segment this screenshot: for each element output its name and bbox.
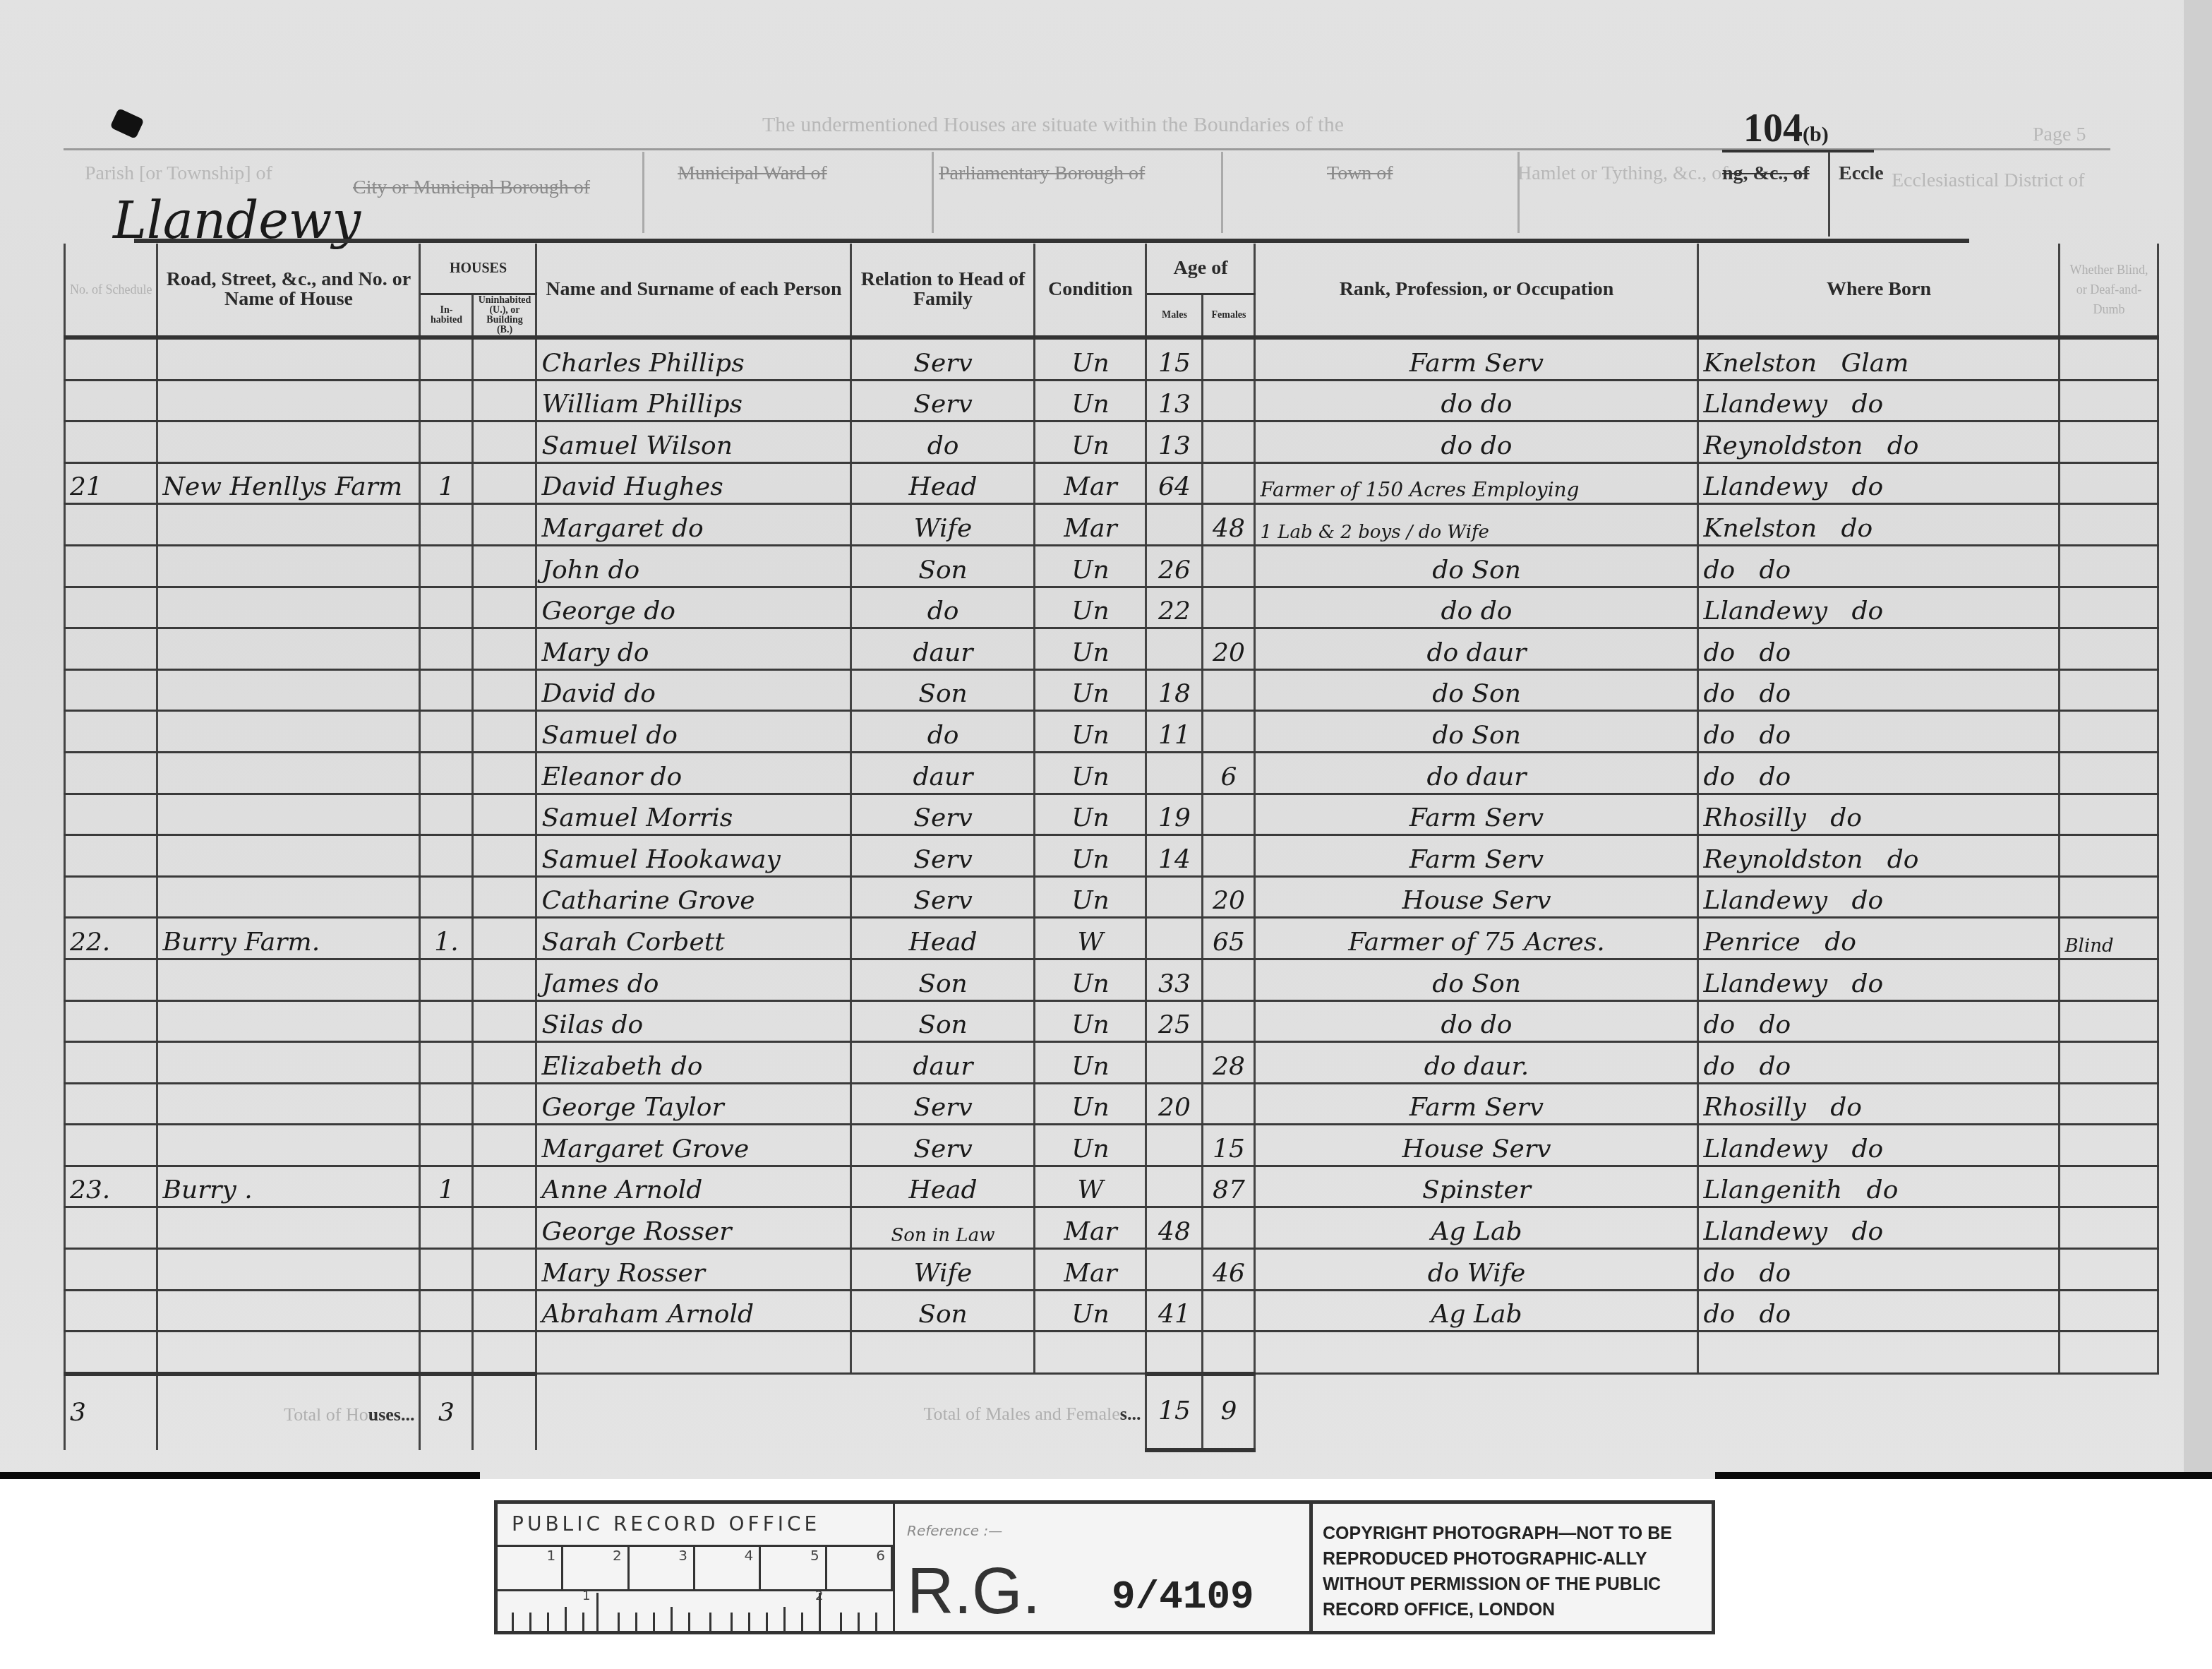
public-record-office-stamp: PUBLIC RECORD OFFICE 1 2 3 4 5 6 1 2 Ref… bbox=[494, 1500, 1715, 1634]
cell-schedule: 21 bbox=[65, 462, 157, 504]
cell-schedule bbox=[65, 545, 157, 587]
cell-condition: Un bbox=[1035, 959, 1146, 1000]
table-row: George TaylorServUn20Farm ServRhosilly d… bbox=[65, 1083, 2158, 1125]
cell-condition: Un bbox=[1035, 1083, 1146, 1125]
cell-inhabited bbox=[420, 587, 473, 628]
cell-male-age: 41 bbox=[1146, 1290, 1203, 1332]
cell-where-born: Llandewy do bbox=[1698, 462, 2060, 504]
cell-relation: Serv bbox=[851, 337, 1035, 380]
cell-occupation: House Serv bbox=[1255, 876, 1698, 918]
table-row: 22.Burry Farm.1.Sarah CorbettHeadW65Farm… bbox=[65, 918, 2158, 959]
cell-inhabited bbox=[420, 835, 473, 877]
cell-house bbox=[157, 959, 420, 1000]
cell-female-age bbox=[1203, 669, 1255, 711]
ruler-mark: 1 bbox=[498, 1547, 563, 1589]
cell-schedule bbox=[65, 1207, 157, 1249]
table-row: Samuel HookawayServUn14Farm ServReynolds… bbox=[65, 835, 2158, 877]
cell-relation: Head bbox=[851, 918, 1035, 959]
cell-relation: Serv bbox=[851, 794, 1035, 835]
cell-inhabited bbox=[420, 752, 473, 794]
cell-blind bbox=[2060, 876, 2158, 918]
cell-inhabited bbox=[420, 545, 473, 587]
cell-relation: Son bbox=[851, 1000, 1035, 1042]
cell-blind bbox=[2060, 628, 2158, 670]
cell-male-age bbox=[1146, 1166, 1203, 1207]
header-field-eccl-label: Ecclesiastical District of bbox=[1892, 169, 2085, 192]
cell-uninhabited bbox=[473, 1207, 536, 1249]
cell-house bbox=[157, 628, 420, 670]
table-row: Samuel dodoUn11do Sondo do bbox=[65, 711, 2158, 753]
cell-where-born: Knelston Glam bbox=[1698, 337, 2060, 380]
cell-inhabited bbox=[420, 876, 473, 918]
header-field-ward-label: Municipal Ward of bbox=[678, 162, 827, 185]
cell-male-age bbox=[1146, 1249, 1203, 1291]
cell-where-born: Penrice do bbox=[1698, 918, 2060, 959]
eccl-fragment: Eccle bbox=[1839, 162, 1884, 185]
cell-occupation: do daur bbox=[1255, 752, 1698, 794]
cell-where-born: do do bbox=[1698, 752, 2060, 794]
cell-name: Catharine Grove bbox=[536, 876, 851, 918]
cell-female-age bbox=[1203, 337, 1255, 380]
cell-house bbox=[157, 1083, 420, 1125]
cell-house: New Henllys Farm bbox=[157, 462, 420, 504]
folio-number: 104(b) bbox=[1743, 106, 1829, 151]
cell-female-age bbox=[1203, 835, 1255, 877]
cell-occupation: 1 Lab & 2 boys / do Wife bbox=[1255, 504, 1698, 546]
reference-piece: 9/4109 bbox=[1112, 1574, 1254, 1620]
reference-series: R.G. bbox=[907, 1555, 1040, 1629]
cell-uninhabited bbox=[473, 752, 536, 794]
cell-blind bbox=[2060, 711, 2158, 753]
cell-schedule bbox=[65, 794, 157, 835]
cell-uninhabited bbox=[473, 421, 536, 463]
header-divider bbox=[642, 152, 644, 233]
cell-blind bbox=[2060, 1166, 2158, 1207]
cell-house bbox=[157, 752, 420, 794]
folio-underline bbox=[1722, 150, 1874, 152]
cell-male-age bbox=[1146, 628, 1203, 670]
cell-inhabited: 1 bbox=[420, 1166, 473, 1207]
cell-house bbox=[157, 380, 420, 421]
table-row: James doSonUn33do SonLlandewy do bbox=[65, 959, 2158, 1000]
cell-relation: do bbox=[851, 421, 1035, 463]
cell-name: Samuel Wilson bbox=[536, 421, 851, 463]
cell-house bbox=[157, 1125, 420, 1166]
cell-schedule bbox=[65, 835, 157, 877]
col-where-born: Where Born bbox=[1698, 244, 2060, 337]
col-inhabited: In-habited bbox=[420, 294, 473, 338]
table-row: Catharine GroveServUn20House ServLlandew… bbox=[65, 876, 2158, 918]
cell-name: William Phillips bbox=[536, 380, 851, 421]
cell-schedule bbox=[65, 421, 157, 463]
cell-condition: Un bbox=[1035, 1290, 1146, 1332]
cell-schedule bbox=[65, 1042, 157, 1084]
cell-male-age bbox=[1146, 1125, 1203, 1166]
total-filler bbox=[1255, 1374, 2158, 1450]
cell-house bbox=[157, 1000, 420, 1042]
cell-house bbox=[157, 504, 420, 546]
cell-female-age bbox=[1203, 1083, 1255, 1125]
table-row: David doSonUn18do Sondo do bbox=[65, 669, 2158, 711]
cell-occupation: Ag Lab bbox=[1255, 1290, 1698, 1332]
ruler-mark: 2 bbox=[563, 1547, 629, 1589]
cell-inhabited bbox=[420, 1249, 473, 1291]
cell-uninhabited bbox=[473, 1166, 536, 1207]
header-row: No. of Schedule Road, Street, &c., and N… bbox=[65, 244, 2158, 294]
cell-uninhabited bbox=[473, 794, 536, 835]
cell-occupation: Farm Serv bbox=[1255, 835, 1698, 877]
col-relation: Relation to Head of Family bbox=[851, 244, 1035, 337]
cell-uninhabited bbox=[473, 669, 536, 711]
cell-male-age bbox=[1146, 918, 1203, 959]
cell-condition: Mar bbox=[1035, 504, 1146, 546]
cell-uninhabited bbox=[473, 1083, 536, 1125]
header-divider bbox=[1828, 152, 1830, 237]
total-houses-value: 3 bbox=[420, 1374, 473, 1450]
cell-schedule bbox=[65, 1125, 157, 1166]
cell-blind bbox=[2060, 462, 2158, 504]
cell-house bbox=[157, 1042, 420, 1084]
cell-relation: Serv bbox=[851, 1125, 1035, 1166]
table-row: Elizabeth dodaurUn28do daur.do do bbox=[65, 1042, 2158, 1084]
cell-inhabited bbox=[420, 380, 473, 421]
cell-condition: Un bbox=[1035, 1125, 1146, 1166]
col-males: Males bbox=[1146, 294, 1203, 338]
ink-mark bbox=[110, 108, 145, 139]
cell-male-age: 22 bbox=[1146, 587, 1203, 628]
cell-uninhabited bbox=[473, 711, 536, 753]
cell-male-age: 18 bbox=[1146, 669, 1203, 711]
ruler-mark: 3 bbox=[630, 1547, 695, 1589]
cell-blind bbox=[2060, 835, 2158, 877]
cell-male-age: 20 bbox=[1146, 1083, 1203, 1125]
col-age: Age of bbox=[1146, 244, 1255, 294]
cell-uninhabited bbox=[473, 959, 536, 1000]
cell-where-born: do do bbox=[1698, 1290, 2060, 1332]
cell-female-age bbox=[1203, 1000, 1255, 1042]
cell-blind bbox=[2060, 545, 2158, 587]
table-row: Margaret doWifeMar481 Lab & 2 boys / do … bbox=[65, 504, 2158, 546]
cell-name: Mary do bbox=[536, 628, 851, 670]
cell-name: David do bbox=[536, 669, 851, 711]
cell-occupation: do Wife bbox=[1255, 1249, 1698, 1291]
cell-schedule bbox=[65, 380, 157, 421]
cell-occupation: do do bbox=[1255, 421, 1698, 463]
cell-schedule: 22. bbox=[65, 918, 157, 959]
table-row: Abraham ArnoldSonUn41Ag Labdo do bbox=[65, 1290, 2158, 1332]
cell-house: Burry Farm. bbox=[157, 918, 420, 959]
cell-name: Charles Phillips bbox=[536, 337, 851, 380]
cell-blind bbox=[2060, 1042, 2158, 1084]
cell-occupation: Farm Serv bbox=[1255, 1083, 1698, 1125]
cell-house bbox=[157, 1249, 420, 1291]
cell-uninhabited bbox=[473, 545, 536, 587]
cell-uninhabited bbox=[473, 462, 536, 504]
cell-relation: Head bbox=[851, 462, 1035, 504]
cell-schedule: 23. bbox=[65, 1166, 157, 1207]
col-uninhabited: Uninhabited (U.), or Building (B.) bbox=[473, 294, 536, 338]
header-divider bbox=[1221, 152, 1223, 233]
table-row: Mary dodaurUn20do daurdo do bbox=[65, 628, 2158, 670]
col-schedule: No. of Schedule bbox=[65, 244, 157, 337]
cell-condition: Un bbox=[1035, 380, 1146, 421]
total-schedules: 3 bbox=[65, 1374, 157, 1450]
cell-occupation: Farmer of 75 Acres. bbox=[1255, 918, 1698, 959]
cell-schedule bbox=[65, 587, 157, 628]
total-females: 9 bbox=[1203, 1374, 1255, 1450]
cell-uninhabited bbox=[473, 918, 536, 959]
header-field-hamlet-label: Hamlet or Tything, &c., of bbox=[1517, 162, 1728, 185]
cell-house bbox=[157, 669, 420, 711]
col-females: Females bbox=[1203, 294, 1255, 338]
cell-house bbox=[157, 337, 420, 380]
col-occupation: Rank, Profession, or Occupation bbox=[1255, 244, 1698, 337]
table-top-rule bbox=[134, 239, 1969, 243]
cell-where-born: Llandewy do bbox=[1698, 1207, 2060, 1249]
cell-inhabited bbox=[420, 959, 473, 1000]
totals-row: 3 Total of Houses... 3 Total of Males an… bbox=[65, 1374, 2158, 1450]
cell-inhabited bbox=[420, 504, 473, 546]
cell-name: Anne Arnold bbox=[536, 1166, 851, 1207]
cell-uninhabited bbox=[473, 587, 536, 628]
reference-label: Reference :— bbox=[907, 1522, 1002, 1539]
cell-occupation: do Son bbox=[1255, 669, 1698, 711]
cell-name: Margaret Grove bbox=[536, 1125, 851, 1166]
table-row: George dodoUn22do doLlandewy do bbox=[65, 587, 2158, 628]
cell-relation: Son in Law bbox=[851, 1207, 1035, 1249]
cell-uninhabited bbox=[473, 1249, 536, 1291]
cell-male-age: 15 bbox=[1146, 337, 1203, 380]
ruler-inches: 1 2 3 4 5 6 bbox=[498, 1545, 893, 1591]
cell-relation: do bbox=[851, 587, 1035, 628]
cell-house bbox=[157, 794, 420, 835]
cell-schedule bbox=[65, 1249, 157, 1291]
cell-uninhabited bbox=[473, 628, 536, 670]
cell-condition: Un bbox=[1035, 794, 1146, 835]
cell-male-age: 19 bbox=[1146, 794, 1203, 835]
cell-condition: Un bbox=[1035, 876, 1146, 918]
cell-name: George Taylor bbox=[536, 1083, 851, 1125]
cell-schedule bbox=[65, 1290, 157, 1332]
cell-condition: Un bbox=[1035, 545, 1146, 587]
cell-occupation: do do bbox=[1255, 380, 1698, 421]
cell-occupation: Spinster bbox=[1255, 1166, 1698, 1207]
col-road: Road, Street, &c., and No. or Name of Ho… bbox=[157, 244, 420, 337]
col-condition: Condition bbox=[1035, 244, 1146, 337]
cell-condition: W bbox=[1035, 918, 1146, 959]
cell-inhabited bbox=[420, 669, 473, 711]
cell-inhabited bbox=[420, 1000, 473, 1042]
cell-relation: Head bbox=[851, 1166, 1035, 1207]
cell-house bbox=[157, 545, 420, 587]
cell-occupation: do Son bbox=[1255, 545, 1698, 587]
cell-uninhabited bbox=[473, 337, 536, 380]
cell-name: Samuel Morris bbox=[536, 794, 851, 835]
table-row: Margaret GroveServUn15House ServLlandewy… bbox=[65, 1125, 2158, 1166]
cell-inhabited bbox=[420, 1042, 473, 1084]
cell-name: Samuel Hookaway bbox=[536, 835, 851, 877]
cell-where-born: do do bbox=[1698, 669, 2060, 711]
col-name: Name and Surname of each Person bbox=[536, 244, 851, 337]
cell-female-age: 6 bbox=[1203, 752, 1255, 794]
cell-occupation: do daur bbox=[1255, 628, 1698, 670]
cell-occupation: Farm Serv bbox=[1255, 337, 1698, 380]
cell-female-age: 28 bbox=[1203, 1042, 1255, 1084]
copyright-notice: COPYRIGHT PHOTOGRAPH—NOT TO BE REPRODUCE… bbox=[1309, 1504, 1712, 1631]
pro-ruler-panel: PUBLIC RECORD OFFICE 1 2 3 4 5 6 1 2 bbox=[498, 1504, 895, 1631]
cell-male-age: 25 bbox=[1146, 1000, 1203, 1042]
cell-female-age: 48 bbox=[1203, 504, 1255, 546]
cell-male-age: 26 bbox=[1146, 545, 1203, 587]
cell-condition: Un bbox=[1035, 337, 1146, 380]
cell-name: David Hughes bbox=[536, 462, 851, 504]
cell-blind bbox=[2060, 337, 2158, 380]
cell-relation: Serv bbox=[851, 876, 1035, 918]
cell-female-age: 46 bbox=[1203, 1249, 1255, 1291]
hamlet-fragment: ng, &c., of bbox=[1722, 162, 1810, 185]
cell-male-age bbox=[1146, 504, 1203, 546]
total-houses-label: Total of Houses... bbox=[157, 1374, 420, 1450]
header-divider bbox=[1517, 152, 1520, 233]
cell-house bbox=[157, 421, 420, 463]
census-table: No. of Schedule Road, Street, &c., and N… bbox=[64, 244, 2159, 1452]
cell-female-age bbox=[1203, 587, 1255, 628]
cell-relation: Serv bbox=[851, 835, 1035, 877]
cell-uninhabited bbox=[473, 380, 536, 421]
cell-relation: Son bbox=[851, 545, 1035, 587]
cell-where-born: do do bbox=[1698, 1249, 2060, 1291]
cell-female-age bbox=[1203, 421, 1255, 463]
cell-where-born: Rhosilly do bbox=[1698, 794, 2060, 835]
table-row: 21New Henllys Farm1David HughesHeadMar64… bbox=[65, 462, 2158, 504]
cell-house bbox=[157, 711, 420, 753]
cell-where-born: Reynoldston do bbox=[1698, 835, 2060, 877]
ruler-mark: 4 bbox=[695, 1547, 761, 1589]
cell-male-age: 33 bbox=[1146, 959, 1203, 1000]
cell-inhabited bbox=[420, 628, 473, 670]
table-row: Charles PhillipsServUn15Farm ServKnelsto… bbox=[65, 337, 2158, 380]
cell-occupation: Farm Serv bbox=[1255, 794, 1698, 835]
cell-condition: Un bbox=[1035, 587, 1146, 628]
cell-where-born: do do bbox=[1698, 1042, 2060, 1084]
cell-inhabited bbox=[420, 421, 473, 463]
cell-schedule bbox=[65, 1000, 157, 1042]
cell-name: John do bbox=[536, 545, 851, 587]
header-divider bbox=[932, 152, 934, 233]
cell-female-age bbox=[1203, 1290, 1255, 1332]
cell-where-born: Llandewy do bbox=[1698, 876, 2060, 918]
table-row: John doSonUn26do Sondo do bbox=[65, 545, 2158, 587]
cell-occupation: do daur. bbox=[1255, 1042, 1698, 1084]
cell-condition: Un bbox=[1035, 669, 1146, 711]
cell-schedule bbox=[65, 1083, 157, 1125]
cell-house: Burry . bbox=[157, 1166, 420, 1207]
cell-blind bbox=[2060, 669, 2158, 711]
pro-title: PUBLIC RECORD OFFICE bbox=[512, 1512, 820, 1536]
cell-where-born: Knelston do bbox=[1698, 504, 2060, 546]
cell-relation: Son bbox=[851, 959, 1035, 1000]
cell-where-born: Llandewy do bbox=[1698, 1125, 2060, 1166]
cell-female-age bbox=[1203, 794, 1255, 835]
cell-female-age bbox=[1203, 1207, 1255, 1249]
cell-relation: do bbox=[851, 711, 1035, 753]
cell-condition: Mar bbox=[1035, 462, 1146, 504]
cell-uninhabited bbox=[473, 1000, 536, 1042]
cell-schedule bbox=[65, 669, 157, 711]
cell-female-age: 65 bbox=[1203, 918, 1255, 959]
cell-name: Silas do bbox=[536, 1000, 851, 1042]
cell-where-born: Rhosilly do bbox=[1698, 1083, 2060, 1125]
cell-inhabited: 1 bbox=[420, 462, 473, 504]
cell-blind: Blind bbox=[2060, 918, 2158, 959]
cell-blind bbox=[2060, 1290, 2158, 1332]
cell-name: James do bbox=[536, 959, 851, 1000]
cell-uninhabited bbox=[473, 1125, 536, 1166]
cell-relation: Wife bbox=[851, 504, 1035, 546]
total-persons-label: Total of Males and Females... bbox=[536, 1374, 1146, 1450]
cell-male-age bbox=[1146, 876, 1203, 918]
cell-condition: Un bbox=[1035, 421, 1146, 463]
cell-uninhabited bbox=[473, 835, 536, 877]
cell-blind bbox=[2060, 1125, 2158, 1166]
cell-where-born: do do bbox=[1698, 628, 2060, 670]
table-row: Silas doSonUn25do dodo do bbox=[65, 1000, 2158, 1042]
ruler-mark: 5 bbox=[761, 1547, 827, 1589]
cell-female-age: 20 bbox=[1203, 628, 1255, 670]
cell-male-age bbox=[1146, 1042, 1203, 1084]
cell-condition: W bbox=[1035, 1166, 1146, 1207]
cell-occupation: House Serv bbox=[1255, 1125, 1698, 1166]
cell-name: Samuel do bbox=[536, 711, 851, 753]
cell-house bbox=[157, 587, 420, 628]
cell-male-age: 14 bbox=[1146, 835, 1203, 877]
table-row: George RosserSon in LawMar48Ag LabLlande… bbox=[65, 1207, 2158, 1249]
cell-female-age bbox=[1203, 462, 1255, 504]
cell-blind bbox=[2060, 959, 2158, 1000]
cell-where-born: do do bbox=[1698, 545, 2060, 587]
cell-blind bbox=[2060, 504, 2158, 546]
header-field-parl-label: Parliamentary Borough of bbox=[939, 162, 1145, 185]
cell-house bbox=[157, 876, 420, 918]
cell-inhabited bbox=[420, 1290, 473, 1332]
cell-female-age bbox=[1203, 711, 1255, 753]
cell-name: Abraham Arnold bbox=[536, 1290, 851, 1332]
ruler-mark: 1 bbox=[582, 1589, 590, 1603]
ruler-mark: 6 bbox=[827, 1547, 893, 1589]
cell-where-born: do do bbox=[1698, 711, 2060, 753]
cell-female-age bbox=[1203, 545, 1255, 587]
cell-inhabited bbox=[420, 1125, 473, 1166]
cell-blind bbox=[2060, 752, 2158, 794]
table-row: Samuel MorrisServUn19Farm ServRhosilly d… bbox=[65, 794, 2158, 835]
cell-condition: Un bbox=[1035, 835, 1146, 877]
cell-female-age: 20 bbox=[1203, 876, 1255, 918]
cell-blind bbox=[2060, 1207, 2158, 1249]
cell-relation: daur bbox=[851, 752, 1035, 794]
blank-row bbox=[65, 1332, 2158, 1374]
cell-name: Mary Rosser bbox=[536, 1249, 851, 1291]
cell-male-age: 13 bbox=[1146, 421, 1203, 463]
table-row: William PhillipsServUn13do doLlandewy do bbox=[65, 380, 2158, 421]
header-field-town-label: Town of bbox=[1327, 162, 1393, 185]
cell-male-age: 64 bbox=[1146, 462, 1203, 504]
cell-uninhabited bbox=[473, 504, 536, 546]
cell-inhabited bbox=[420, 337, 473, 380]
cell-blind bbox=[2060, 794, 2158, 835]
cell-inhabited bbox=[420, 1083, 473, 1125]
cell-condition: Un bbox=[1035, 711, 1146, 753]
cell-female-age bbox=[1203, 380, 1255, 421]
